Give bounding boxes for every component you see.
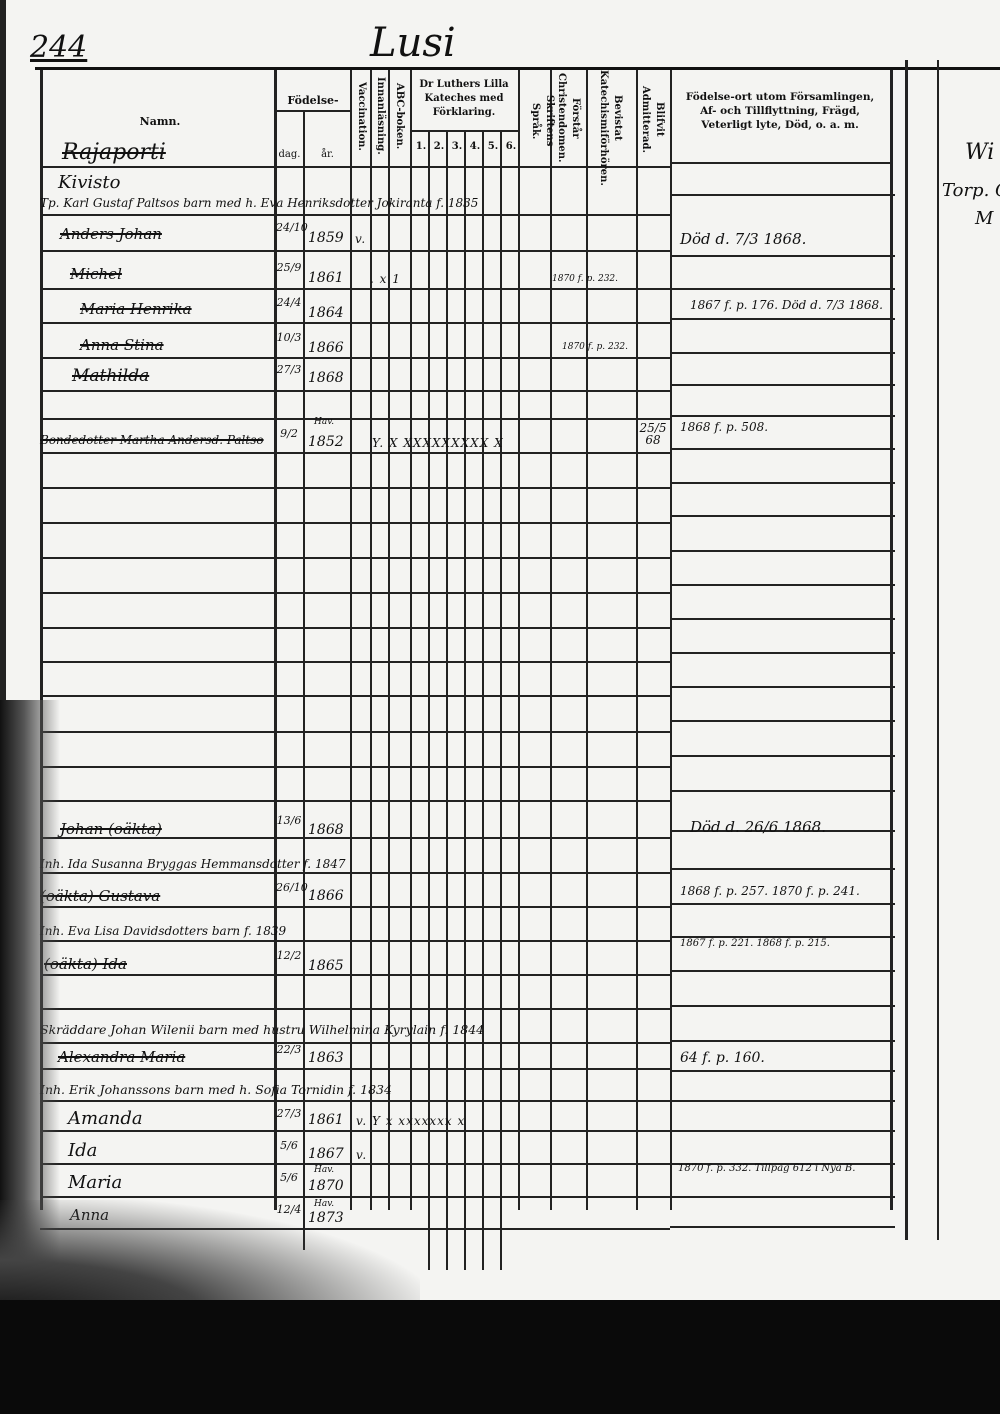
header-rule	[40, 166, 670, 168]
row-rule	[670, 482, 895, 484]
row-rule	[670, 1100, 895, 1102]
right-page-rule	[937, 60, 939, 1240]
row-rule	[40, 557, 670, 559]
birth-day: 13/6	[276, 815, 302, 827]
exam-marks: v. Y x xxxxxxx x	[356, 1114, 465, 1128]
row-rule	[670, 352, 895, 354]
farm-name: Kivisto	[58, 172, 120, 193]
row-rule	[670, 448, 895, 450]
row-rule	[670, 970, 895, 972]
row-rule	[670, 194, 895, 196]
row-rule	[40, 1068, 670, 1070]
admitted-date: 25/5 68	[638, 422, 668, 446]
year-note: Hav.	[314, 416, 334, 428]
column-rule	[500, 130, 502, 1270]
column-rule	[550, 70, 552, 1210]
row-rule	[40, 322, 670, 324]
catechism-part: 2.	[430, 140, 448, 154]
person-name: Maria	[68, 1172, 122, 1193]
household-head: Inh. Ida Susanna Bryggas Hemmansdotter f…	[40, 857, 345, 871]
row-rule	[40, 1196, 670, 1198]
header-scripture: Skriftens Språk.	[528, 76, 556, 166]
catechism-part: 4.	[466, 140, 484, 154]
header-birth-year: år.	[305, 148, 350, 162]
row-rule	[670, 868, 895, 870]
row-rule	[670, 384, 895, 386]
row-rule	[40, 872, 670, 874]
catechism-part: 3.	[448, 140, 466, 154]
row-rule	[40, 731, 670, 733]
row-rule	[670, 550, 895, 552]
row-rule	[40, 627, 670, 629]
attended-note: 1870 f. p. 232.	[562, 342, 628, 352]
column-rule	[670, 70, 672, 1210]
person-name: Johan (oäkta)	[60, 820, 162, 838]
row-rule	[40, 1163, 670, 1165]
birth-year: 1866	[308, 888, 344, 904]
header-rule	[410, 130, 518, 132]
vaccination-mark: v.	[355, 232, 366, 246]
row-rule	[670, 584, 895, 586]
column-rule	[303, 110, 305, 1250]
row-rule	[40, 250, 670, 252]
remark: Död d. 26/6 1868.	[690, 818, 826, 836]
remark: 1867 f. p. 221. 1868 f. p. 215.	[680, 938, 830, 949]
household-head: Tp. Karl Gustaf Paltsos barn med h. Eva …	[40, 196, 478, 210]
person-name: Michel	[70, 265, 122, 283]
birth-day: 9/2	[276, 428, 302, 440]
birth-year: 1868	[308, 370, 344, 386]
birth-day: 24/4	[276, 297, 302, 309]
row-rule	[670, 1196, 895, 1198]
person-name: Mathilda	[72, 366, 149, 386]
header-admitted: Blifvit Admitterad.	[644, 76, 666, 162]
column-rule	[410, 70, 412, 1210]
row-rule	[670, 288, 895, 290]
person-name: Anders Johan	[60, 225, 162, 243]
row-rule	[40, 906, 670, 908]
column-rule	[636, 70, 638, 1210]
row-rule	[40, 1130, 670, 1132]
birth-year: 1861	[308, 270, 344, 286]
row-rule	[40, 974, 670, 976]
exam-marks: . x 1	[370, 272, 401, 286]
vaccination-mark: v.	[356, 1148, 367, 1162]
row-rule	[40, 766, 670, 768]
row-rule	[40, 1042, 670, 1044]
row-rule	[40, 592, 670, 594]
birth-year: 1866	[308, 340, 344, 356]
column-rule	[446, 130, 448, 1270]
header-rule	[274, 110, 350, 112]
remark: 64 f. p. 160.	[680, 1050, 765, 1066]
birth-day: 22/3	[276, 1044, 302, 1056]
row-rule	[670, 1226, 895, 1228]
row-rule	[670, 686, 895, 688]
person-name: Bondedotter Martha Andersd. Paltso	[40, 433, 264, 447]
row-rule	[670, 903, 895, 905]
row-rule	[40, 661, 670, 663]
row-rule	[40, 695, 670, 697]
row-rule	[40, 390, 670, 392]
header-reading: Innanläsning.	[373, 76, 387, 156]
header-birth: Födelse-	[276, 94, 350, 108]
row-rule	[670, 415, 895, 417]
page-gutter	[905, 60, 908, 1240]
remark: 1870 f. p. 332. Tillpag 612 i Nya B.	[678, 1162, 858, 1176]
scan-shadow	[0, 1300, 1000, 1414]
column-rule	[370, 70, 372, 1210]
row-rule	[40, 1008, 670, 1010]
remark: Död d. 7/3 1868.	[680, 230, 806, 248]
row-rule	[40, 940, 670, 942]
column-rule	[464, 130, 466, 1270]
row-rule	[670, 318, 895, 320]
birth-year: 1863	[308, 1050, 344, 1066]
birth-year: 1859	[308, 230, 344, 246]
village-title: Lusi	[370, 20, 456, 66]
birth-day: 10/3	[276, 332, 302, 344]
birth-year: 1852	[308, 434, 344, 450]
village-name: Rajaporti	[62, 140, 166, 165]
person-name: Anna Stina	[80, 336, 164, 354]
person-name: Amanda	[68, 1108, 143, 1129]
row-rule	[670, 255, 895, 257]
row-rule	[670, 652, 895, 654]
row-rule	[670, 720, 895, 722]
birth-day: 27/3	[276, 364, 302, 376]
person-name: Ida	[68, 1140, 97, 1161]
row-rule	[670, 515, 895, 517]
birth-day: 25/9	[276, 262, 302, 274]
row-rule	[670, 755, 895, 757]
header-remarks: Födelse-ort utom Församlingen, Af- och T…	[676, 90, 884, 132]
row-rule	[40, 288, 670, 290]
birth-day: 5/6	[276, 1172, 302, 1184]
row-rule	[40, 487, 670, 489]
birth-year: 1864	[308, 305, 344, 321]
exam-marks: Y. X XXXXXXXXX X	[372, 436, 504, 450]
household-head: Inh. Eva Lisa Davidsdotters barn f. 1839	[40, 924, 286, 938]
header-vaccination: Vaccination.	[354, 76, 368, 156]
column-rule	[350, 70, 352, 1210]
birth-day: 5/6	[276, 1140, 302, 1152]
birth-year: 1868	[308, 822, 344, 838]
birth-year: 1870	[308, 1178, 344, 1194]
column-rule	[428, 130, 430, 1270]
row-rule	[40, 800, 670, 802]
row-rule	[40, 452, 670, 454]
header-attended: Bevistat Katechismiförhören.	[594, 70, 624, 166]
remark: 1868 f. p. 508.	[680, 420, 768, 434]
column-rule	[586, 70, 588, 1210]
column-rule	[518, 70, 520, 1210]
right-page-text: M	[975, 208, 993, 229]
birth-day: 27/3	[276, 1108, 302, 1120]
header-name: Namn.	[100, 115, 220, 129]
birth-year: 1861	[308, 1112, 344, 1128]
catechism-part: 1.	[412, 140, 430, 154]
row-rule	[670, 618, 895, 620]
row-rule	[670, 1070, 895, 1072]
birth-day: 24/10	[276, 222, 302, 234]
row-rule	[670, 1040, 895, 1042]
household-head: Skräddare Johan Wilenii barn med hustru …	[40, 1022, 484, 1037]
person-name: Alexandra Maria	[58, 1048, 185, 1066]
column-rule	[274, 70, 277, 1210]
right-page-text: Wi	[965, 140, 994, 165]
person-name: Maria Henrika	[80, 300, 192, 318]
row-rule	[670, 1005, 895, 1007]
birth-day: 12/2	[276, 950, 302, 962]
catechism-part: 5.	[484, 140, 502, 154]
header-birth-day: dag.	[276, 148, 303, 162]
birth-year: 1867	[308, 1146, 344, 1162]
row-rule	[40, 214, 670, 216]
row-rule	[40, 418, 670, 420]
row-rule	[40, 357, 670, 359]
row-rule	[40, 1100, 670, 1102]
column-rule	[482, 130, 484, 1270]
catechism-part: 6.	[502, 140, 520, 154]
household-head: Inh. Erik Johanssons barn med h. Sofia T…	[40, 1082, 392, 1097]
row-rule	[40, 522, 670, 524]
row-rule	[670, 790, 895, 792]
row-rule	[670, 1130, 895, 1132]
header-abc: ABC-boken.	[392, 76, 406, 156]
header-understands: Förstår Christendomen.	[556, 70, 582, 166]
birth-day: 26/10	[276, 882, 302, 894]
header-catechism: Dr Luthers Lilla Kateches med Förklaring…	[412, 78, 516, 120]
birth-year: 1865	[308, 958, 344, 974]
remark: 1868 f. p. 257. 1870 f. p. 241.	[680, 884, 860, 898]
attended-note: 1870 f. p. 232.	[552, 274, 618, 284]
page-number: 244	[30, 30, 87, 65]
right-page-text: Torp. C	[942, 180, 1000, 201]
year-note: Hav.	[314, 1164, 334, 1176]
column-rule	[890, 70, 893, 1210]
column-rule	[388, 70, 390, 1210]
remark: 1867 f. p. 176. Död d. 7/3 1868.	[690, 298, 883, 312]
header-rule	[670, 162, 890, 164]
